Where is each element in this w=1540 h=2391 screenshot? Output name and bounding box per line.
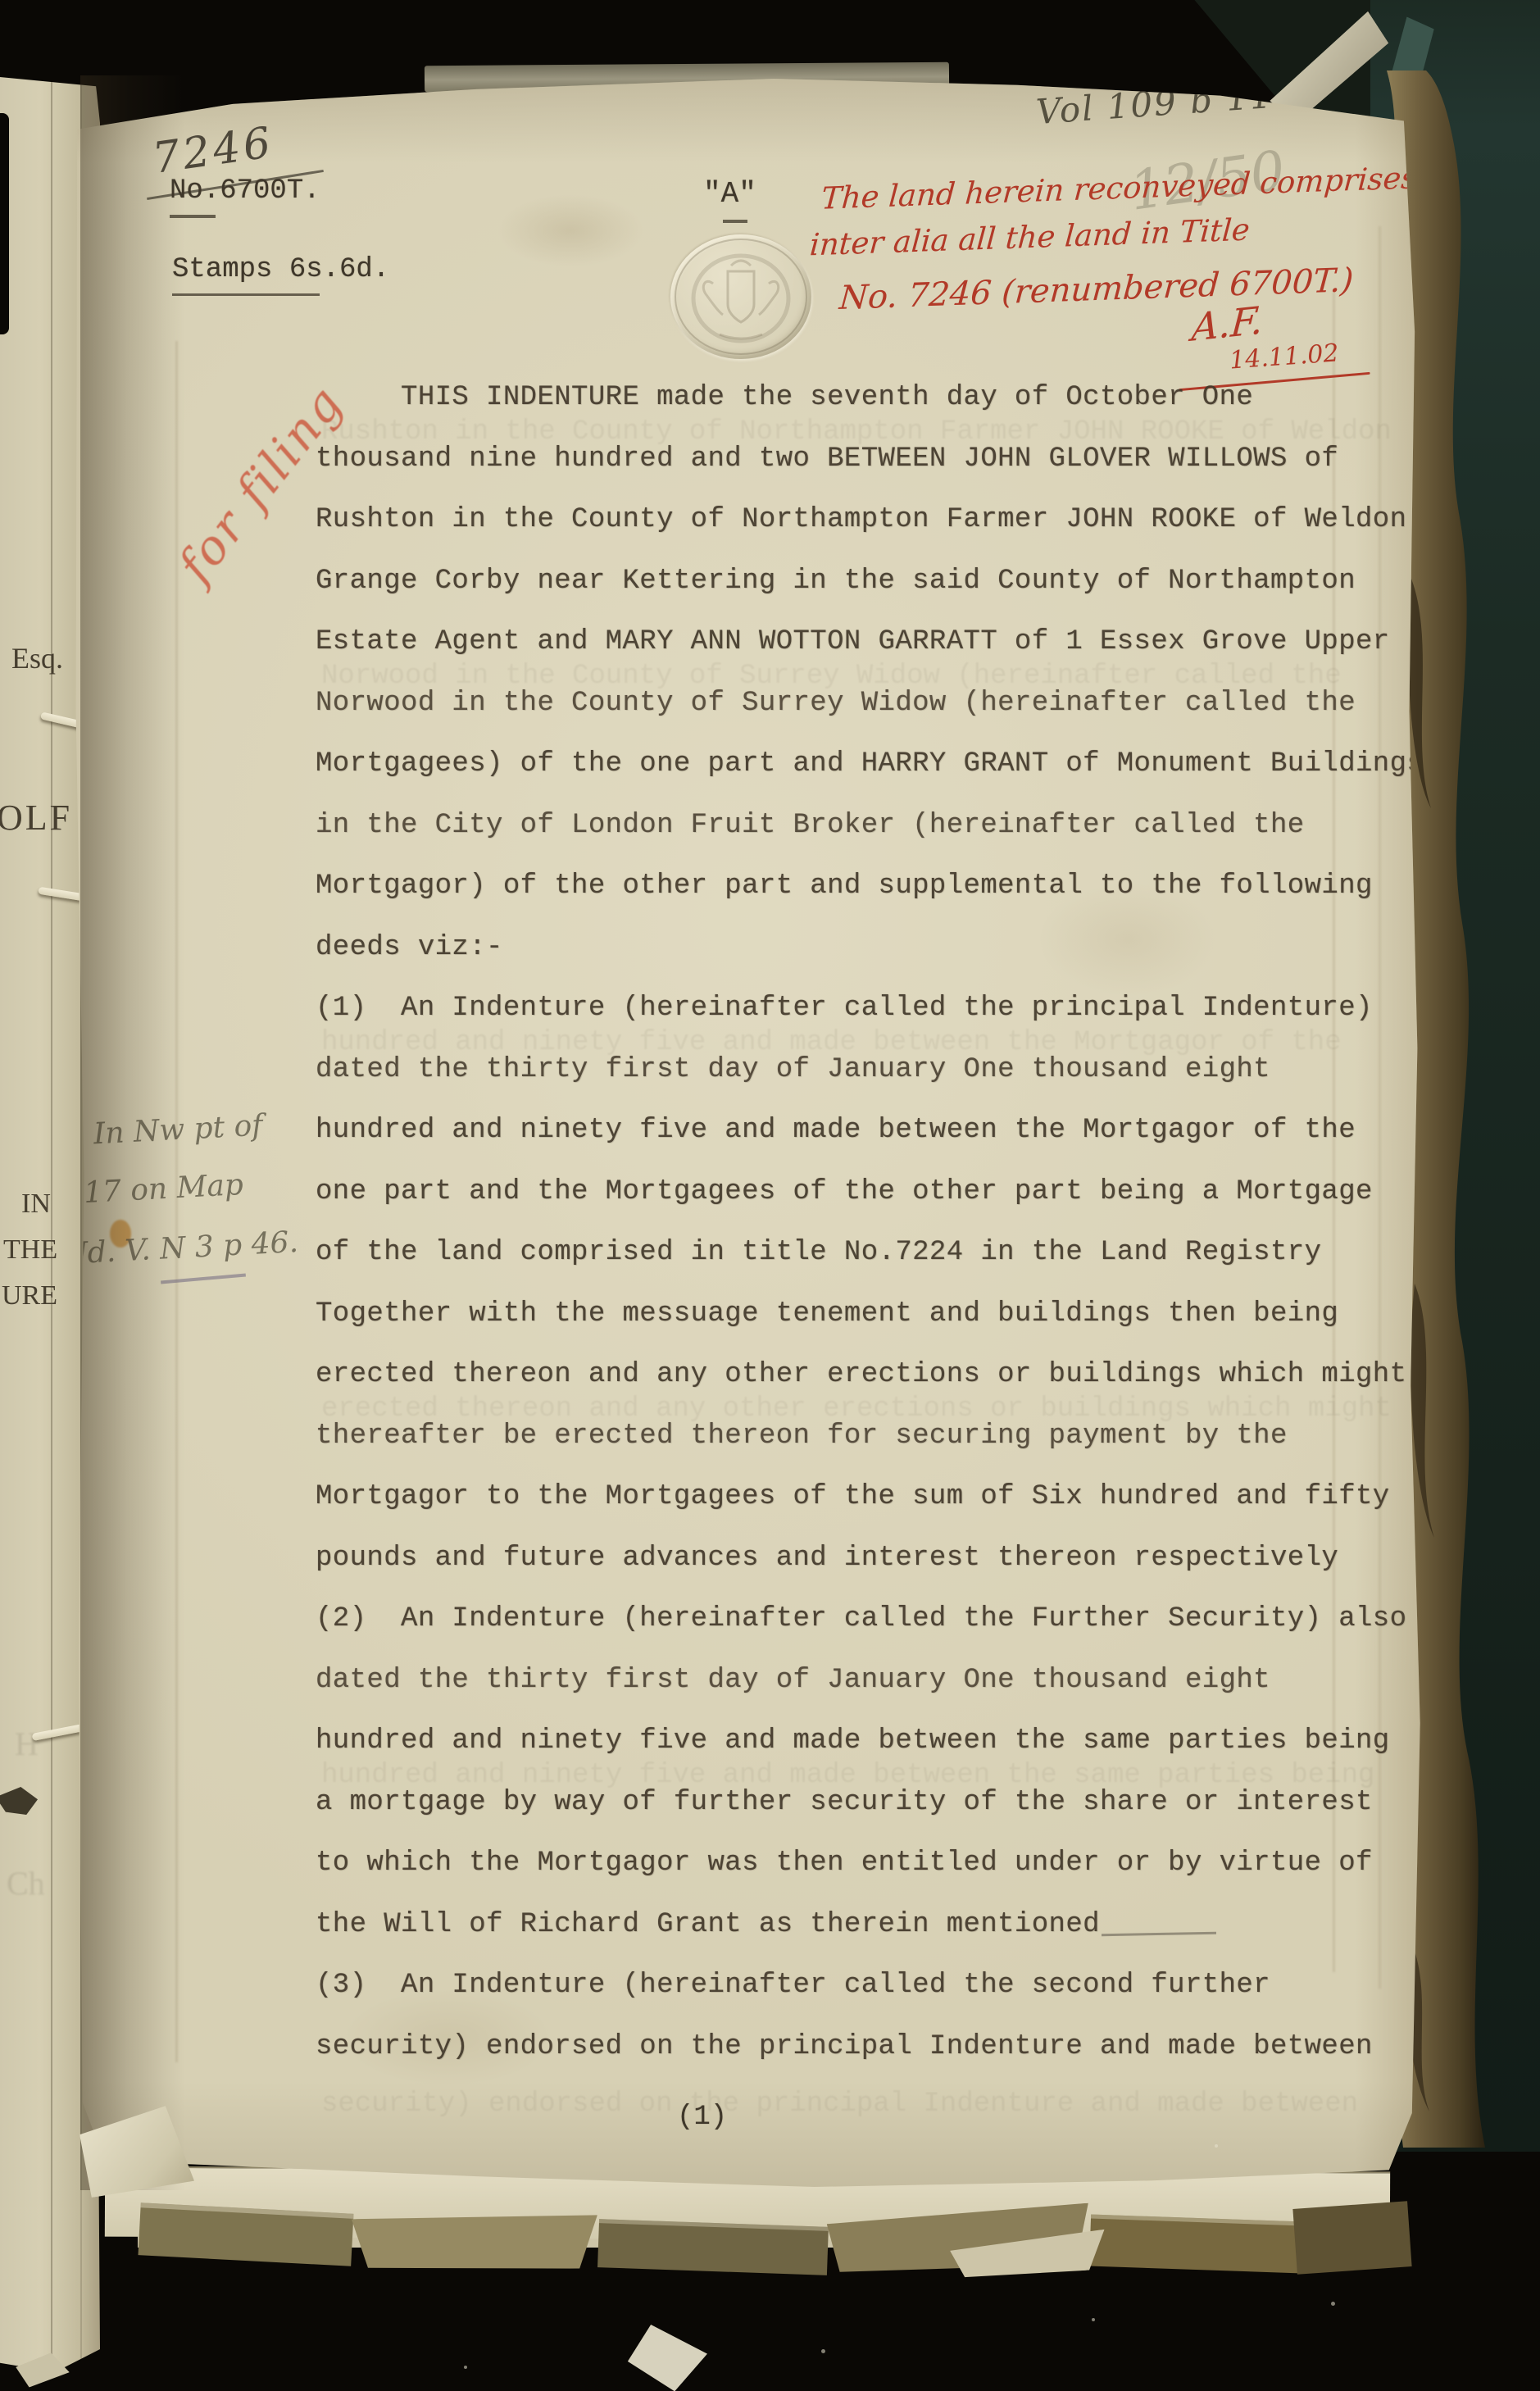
dust-speck (1331, 2302, 1335, 2306)
typed-line: dated the thirty first day of January On… (316, 1665, 1270, 1696)
red-note-line2: inter alia all the land in Title (809, 212, 1252, 263)
red-note-line3: No. 7246 (renumbered 6700T.) (838, 261, 1355, 317)
typed-line: dated the thirty first day of January On… (316, 1054, 1270, 1085)
typed-line: the Will of Richard Grant as therein men… (316, 1909, 1100, 1940)
printed-fragment-esq: Esq. (11, 641, 63, 675)
torn-paper-scrap (1292, 2201, 1411, 2275)
margin-pencil-note-line2: 17 on Map (83, 1168, 244, 1210)
edge-gap (0, 113, 9, 334)
stain (497, 193, 644, 267)
typed-line: in the City of London Fruit Broker (here… (316, 810, 1305, 841)
dust-speck (464, 2366, 467, 2369)
pencil-underline (161, 1273, 246, 1284)
stamps-label: Stamps 6s.6d. (172, 254, 389, 285)
red-note-date: 14.11.02 (1229, 339, 1340, 375)
scanned-deed-photograph: Esq. OLF IN THE URE H Ch 7246 No.6700T. … (0, 0, 1540, 2391)
typed-line: (3) An Indenture (hereinafter called the… (316, 1970, 1270, 2001)
torn-paper-scrap (352, 2211, 599, 2276)
number-underline (170, 215, 216, 218)
typed-line: to which the Mortgagor was then entitled… (316, 1848, 1373, 1879)
deed-page: 7246 No.6700T. Stamps 6s.6d. "A" Vol 109… (70, 79, 1423, 2187)
paper-crease (1379, 226, 1381, 1989)
typed-line: (1) An Indenture (hereinafter called the… (316, 993, 1373, 1024)
dust-speck (1092, 2318, 1095, 2321)
margin-pencil-note-line1: In Nw pt of (93, 1109, 263, 1152)
typed-line: Rushton in the County of Northampton Far… (316, 504, 1406, 535)
typed-line: one part and the Mortgagees of the other… (316, 1176, 1373, 1207)
typed-line: hundred and ninety five and made between… (316, 1725, 1390, 1757)
typed-line: Mortgagor to the Mortgagees of the sum o… (316, 1481, 1390, 1512)
typed-line: Grange Corby near Kettering in the said … (316, 566, 1356, 597)
paper-fragment-in-shadow (624, 2321, 711, 2391)
printed-fragment-ure: URE (2, 1280, 57, 1311)
printed-fragment-in: IN (21, 1189, 51, 1220)
pen-dash-mark (1102, 1932, 1216, 1936)
bleed-through-line: security) endorsed on the principal Inde… (321, 2089, 1358, 2120)
typed-line: hundred and ninety five and made between… (316, 1115, 1356, 1146)
torn-dark-fragment (0, 1787, 38, 1815)
typed-line: of the land comprised in title No.7224 i… (316, 1237, 1321, 1268)
margin-pencil-note-line3: Jd. V. N 3 p 46. (75, 1225, 299, 1271)
typed-line: pounds and future advances and interest … (316, 1543, 1338, 1574)
exhibit-mark: "A" (703, 177, 756, 211)
embossed-royal-seal (670, 234, 811, 359)
typed-line: Mortgagees) of the one part and HARRY GR… (316, 748, 1424, 780)
volume-pencil-note: Vol 109 b 11 (1035, 75, 1274, 132)
typed-line: Mortgagor) of the other part and supplem… (316, 870, 1373, 902)
exhibit-underline (723, 220, 747, 223)
typed-line: deeds viz:- (316, 932, 503, 963)
typed-line: thereafter be erected thereon for securi… (316, 1421, 1288, 1452)
dust-speck (821, 2349, 825, 2353)
typed-line: thousand nine hundred and two BETWEEN JO… (316, 443, 1338, 475)
bleed-through-letter: H (15, 1725, 39, 1763)
typed-line: security) endorsed on the principal Inde… (316, 2031, 1373, 2062)
printed-fragment-the: THE (3, 1234, 57, 1266)
typed-line: Together with the messuage tenement and … (316, 1298, 1338, 1330)
page-number: (1) (677, 2102, 727, 2133)
handwritten-file-number: 7246 (150, 118, 277, 184)
torn-paper-scrap (139, 2202, 354, 2266)
stamps-underline (172, 293, 320, 296)
bleed-through-letter: Ch (7, 1864, 45, 1902)
red-note-line1: The land herein reconveyed comprises (820, 160, 1418, 216)
torn-paper-scrap (1089, 2214, 1304, 2273)
torn-paper-scrap (597, 2219, 829, 2275)
typed-line: Estate Agent and MARY ANN WOTTON GARRATT… (316, 626, 1390, 657)
dust-speck (1215, 2144, 1218, 2148)
printed-fragment-olf: OLF (0, 797, 72, 839)
typed-line: Norwood in the County of Surrey Widow (h… (316, 688, 1356, 719)
typed-line: THIS INDENTURE made the seventh day of O… (316, 382, 1253, 413)
fold-line (51, 77, 52, 2372)
typed-line: erected thereon and any other erections … (316, 1359, 1406, 1390)
typed-line: (2) An Indenture (hereinafter called the… (316, 1603, 1406, 1634)
red-note-initials: A.F. (1190, 298, 1265, 350)
typed-line: a mortgage by way of further security of… (316, 1787, 1373, 1818)
document-number-label: No.6700T. (170, 175, 320, 207)
